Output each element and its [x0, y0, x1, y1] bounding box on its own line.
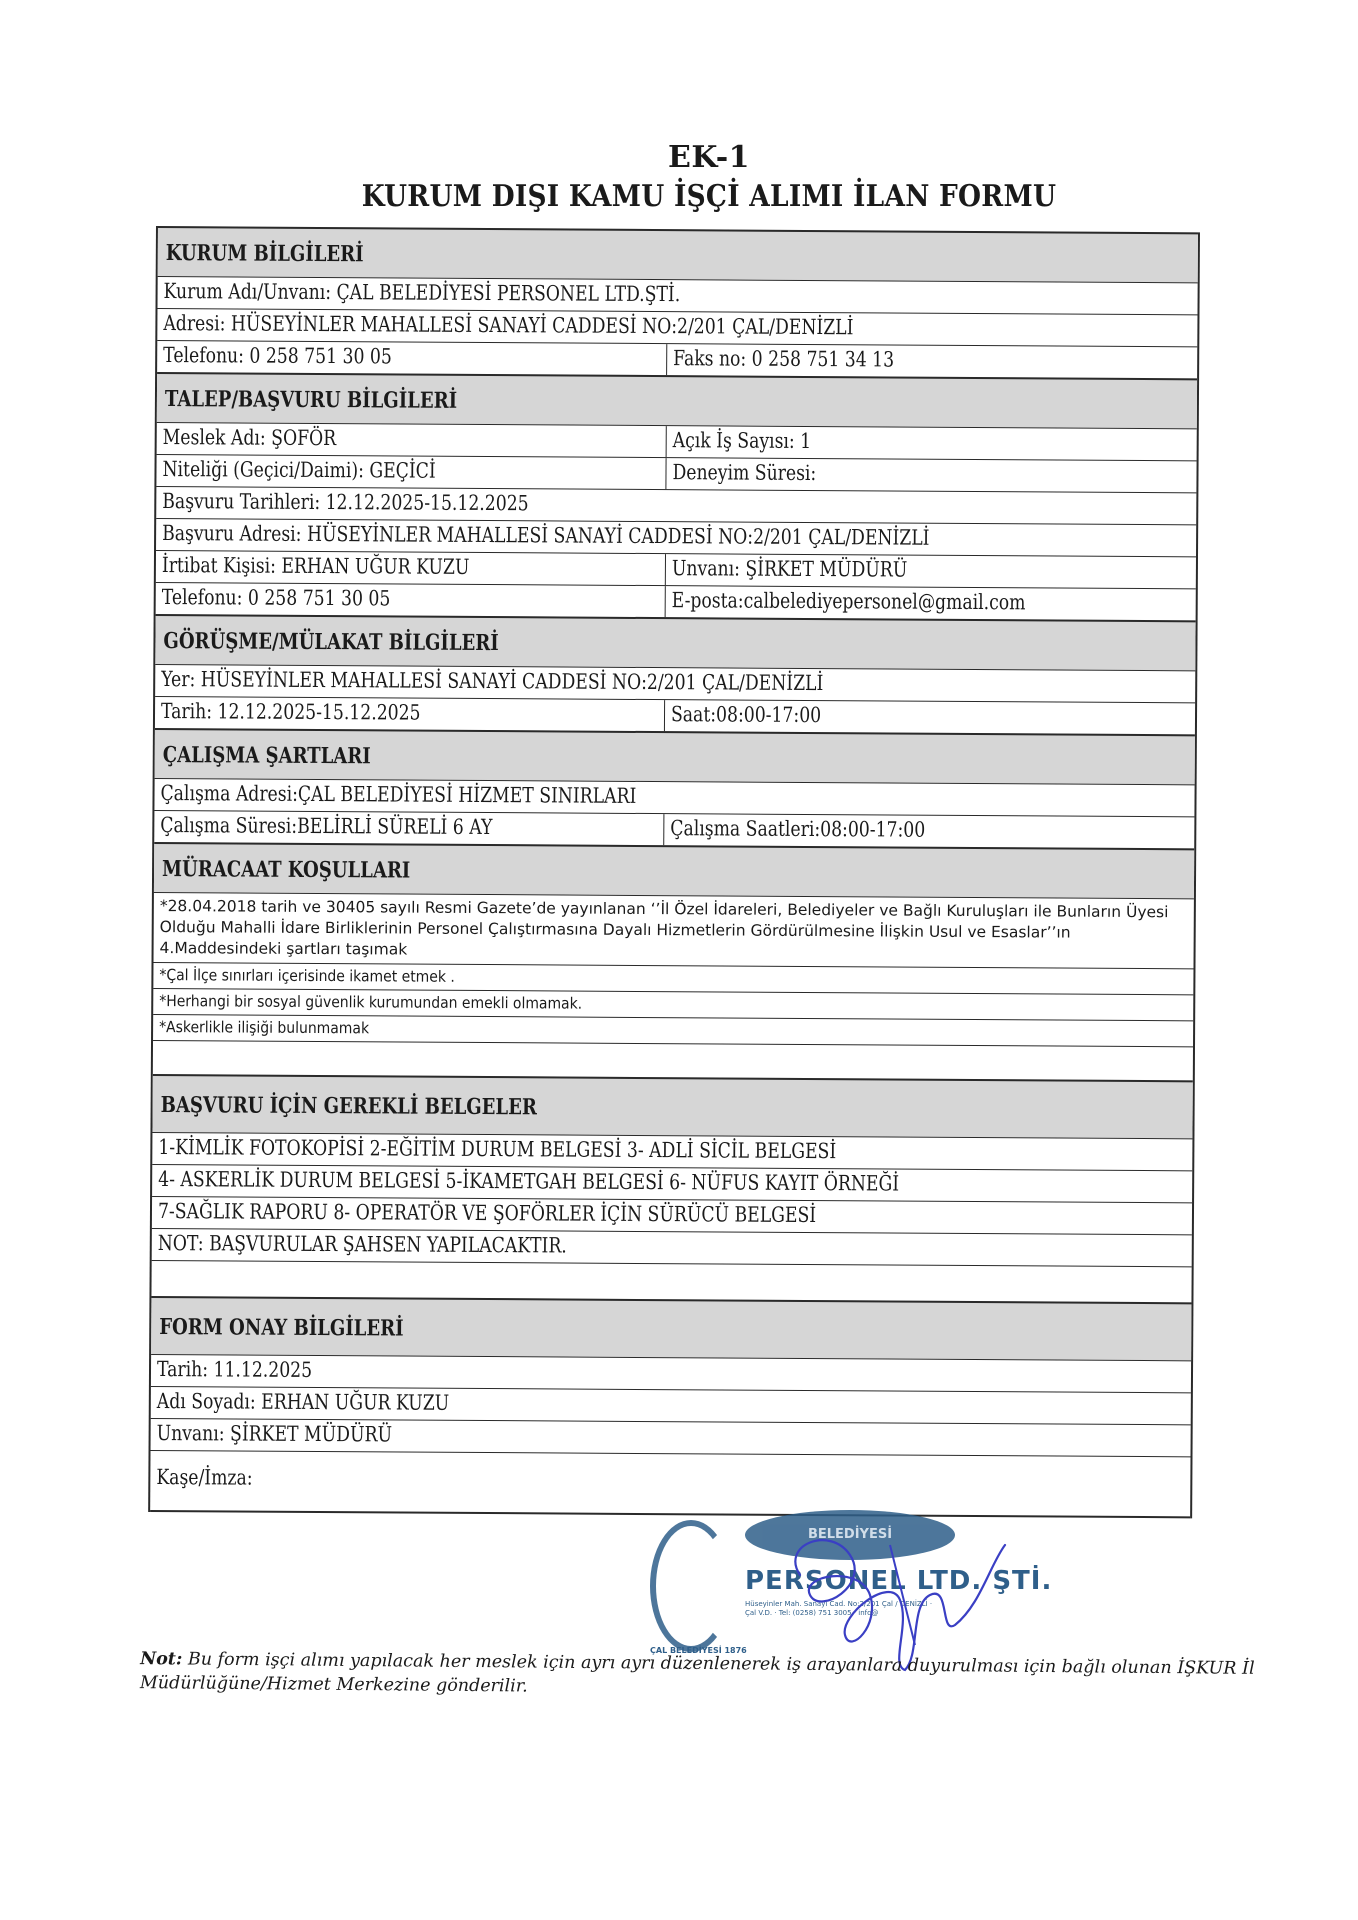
section-application-info: TALEP/BAŞVURU BİLGİLERİ — [157, 372, 1197, 428]
section-form-approval: FORM ONAY BİLGİLERİ — [151, 1296, 1191, 1360]
work-address: Çalışma Adresi:ÇAL BELEDİYESİ HİZMET SIN… — [154, 779, 1194, 816]
interview-place: Yer: HÜSEYİNLER MAHALLESİ SANAYİ CADDESİ… — [155, 665, 1195, 702]
approval-name-row: Adı Soyadı: ERHAN UĞUR KUZU — [151, 1386, 1191, 1424]
footer-note-label: Not: — [140, 1649, 182, 1669]
documents-row: 7-SAĞLIK RAPORU 8- OPERATÖR VE ŞOFÖRLER … — [152, 1196, 1192, 1234]
work-duration: Çalışma Süresi:BELİRLİ SÜRELİ 6 AY — [154, 811, 664, 845]
institution-name: Kurum Adı/Unvanı: ÇAL BELEDİYESİ PERSONE… — [157, 277, 1197, 314]
documents-line-2: 4- ASKERLİK DURUM BELGESİ 5-İKAMETGAH BE… — [152, 1165, 1192, 1202]
profession-row: Meslek Adı: ŞOFÖR Açık İş Sayısı: 1 — [157, 422, 1197, 460]
section-working-conditions: ÇALIŞMA ŞARTLARI — [155, 728, 1195, 784]
experience-duration: Deneyim Süresi: — [666, 458, 1196, 492]
section-interview-info: GÖRÜŞME/MÜLAKAT BİLGİLERİ — [155, 614, 1195, 670]
institution-name-row: Kurum Adı/Unvanı: ÇAL BELEDİYESİ PERSONE… — [157, 276, 1197, 314]
institution-address: Adresi: HÜSEYİNLER MAHALLESİ SANAYİ CADD… — [157, 309, 1197, 346]
work-address-row: Çalışma Adresi:ÇAL BELEDİYESİ HİZMET SIN… — [154, 778, 1194, 816]
form-page: EK-1 KURUM DIŞI KAMU İŞÇİ ALIMI İLAN FOR… — [0, 0, 1358, 1920]
institution-fax: Faks no: 0 258 751 34 13 — [667, 344, 1197, 378]
open-positions: Açık İş Sayısı: 1 — [667, 426, 1197, 460]
documents-line-3: 7-SAĞLIK RAPORU 8- OPERATÖR VE ŞOFÖRLER … — [152, 1197, 1192, 1234]
documents-note: NOT: BAŞVURULAR ŞAHSEN YAPILACAKTIR. — [152, 1229, 1192, 1266]
nature-row: Niteliği (Geçici/Daimi): GEÇİCİ Deneyim … — [156, 454, 1196, 492]
footer-note-text: Bu form işçi alımı yapılacak her meslek … — [140, 1649, 1255, 1696]
application-dates: Başvuru Tarihleri: 12.12.2025-15.12.2025 — [156, 487, 1196, 524]
contact-phone: Telefonu: 0 258 751 30 05 — [156, 583, 666, 617]
annex-label: EK-1 — [60, 140, 1358, 175]
section-application-conditions: MÜRACAAT KOŞULLARI — [154, 842, 1194, 898]
documents-row: NOT: BAŞVURULAR ŞAHSEN YAPILACAKTIR. — [152, 1228, 1192, 1266]
contact-title: Unvanı: ŞİRKET MÜDÜRÜ — [666, 554, 1196, 588]
municipality-seal-icon — [650, 1520, 732, 1652]
contact-email[interactable]: E-posta:calbelediyepersonel@gmail.com — [666, 586, 1196, 620]
documents-row: 1-KİMLİK FOTOKOPİSİ 2-EĞİTİM DURUM BELGE… — [152, 1132, 1192, 1170]
interview-schedule-row: Tarih: 12.12.2025-15.12.2025 Saat:08:00-… — [155, 696, 1195, 734]
approval-date: Tarih: 11.12.2025 — [151, 1355, 1191, 1392]
documents-line-1: 1-KİMLİK FOTOKOPİSİ 2-EĞİTİM DURUM BELGE… — [152, 1133, 1192, 1170]
profession-name: Meslek Adı: ŞOFÖR — [157, 423, 667, 457]
institution-address-row: Adresi: HÜSEYİNLER MAHALLESİ SANAYİ CADD… — [157, 308, 1197, 346]
work-terms-row: Çalışma Süresi:BELİRLİ SÜRELİ 6 AY Çalış… — [154, 810, 1194, 848]
documents-row: 4- ASKERLİK DURUM BELGESİ 5-İKAMETGAH BE… — [152, 1164, 1192, 1202]
contact-person-row: İrtibat Kişisi: ERHAN UĞUR KUZU Unvanı: … — [156, 550, 1196, 588]
interview-time: Saat:08:00-17:00 — [665, 700, 1195, 734]
work-hours: Çalışma Saatleri:08:00-17:00 — [664, 814, 1194, 848]
approver-name: Adı Soyadı: ERHAN UĞUR KUZU — [151, 1387, 1191, 1424]
condition-regulation: *28.04.2018 tarih ve 30405 sayılı Resmi … — [154, 893, 1194, 968]
interview-place-row: Yer: HÜSEYİNLER MAHALLESİ SANAYİ CADDESİ… — [155, 664, 1195, 702]
signature-icon — [740, 1505, 1020, 1675]
announcement-form: KURUM BİLGİLERİ Kurum Adı/Unvanı: ÇAL BE… — [148, 226, 1200, 1518]
section-required-documents: BAŞVURU İÇİN GEREKLİ BELGELER — [152, 1074, 1192, 1138]
form-title: KURUM DIŞI KAMU İŞÇİ ALIMI İLAN FORMU — [138, 179, 1280, 214]
title-block: EK-1 KURUM DIŞI KAMU İŞÇİ ALIMI İLAN FOR… — [0, 140, 1358, 214]
company-stamp: BELEDİYESİ PERSONEL LTD. ŞTİ. Hüseyinler… — [650, 1500, 1070, 1660]
job-nature: Niteliği (Geçici/Daimi): GEÇİCİ — [156, 455, 666, 489]
footer-note: Not: Bu form işçi alımı yapılacak her me… — [140, 1647, 1260, 1705]
approval-date-row: Tarih: 11.12.2025 — [151, 1354, 1191, 1392]
application-address: Başvuru Adresi: HÜSEYİNLER MAHALLESİ SAN… — [156, 519, 1196, 556]
condition-row: *28.04.2018 tarih ve 30405 sayılı Resmi … — [154, 892, 1194, 968]
section-institution-info: KURUM BİLGİLERİ — [158, 226, 1198, 282]
contact-channels-row: Telefonu: 0 258 751 30 05 E-posta:calbel… — [156, 582, 1196, 620]
institution-contact-row: Telefonu: 0 258 751 30 05 Faks no: 0 258… — [157, 340, 1197, 378]
interview-date: Tarih: 12.12.2025-15.12.2025 — [155, 697, 665, 731]
institution-phone: Telefonu: 0 258 751 30 05 — [157, 341, 667, 375]
application-dates-row: Başvuru Tarihleri: 12.12.2025-15.12.2025 — [156, 486, 1196, 524]
contact-person: İrtibat Kişisi: ERHAN UĞUR KUZU — [156, 551, 666, 585]
application-address-row: Başvuru Adresi: HÜSEYİNLER MAHALLESİ SAN… — [156, 518, 1196, 556]
